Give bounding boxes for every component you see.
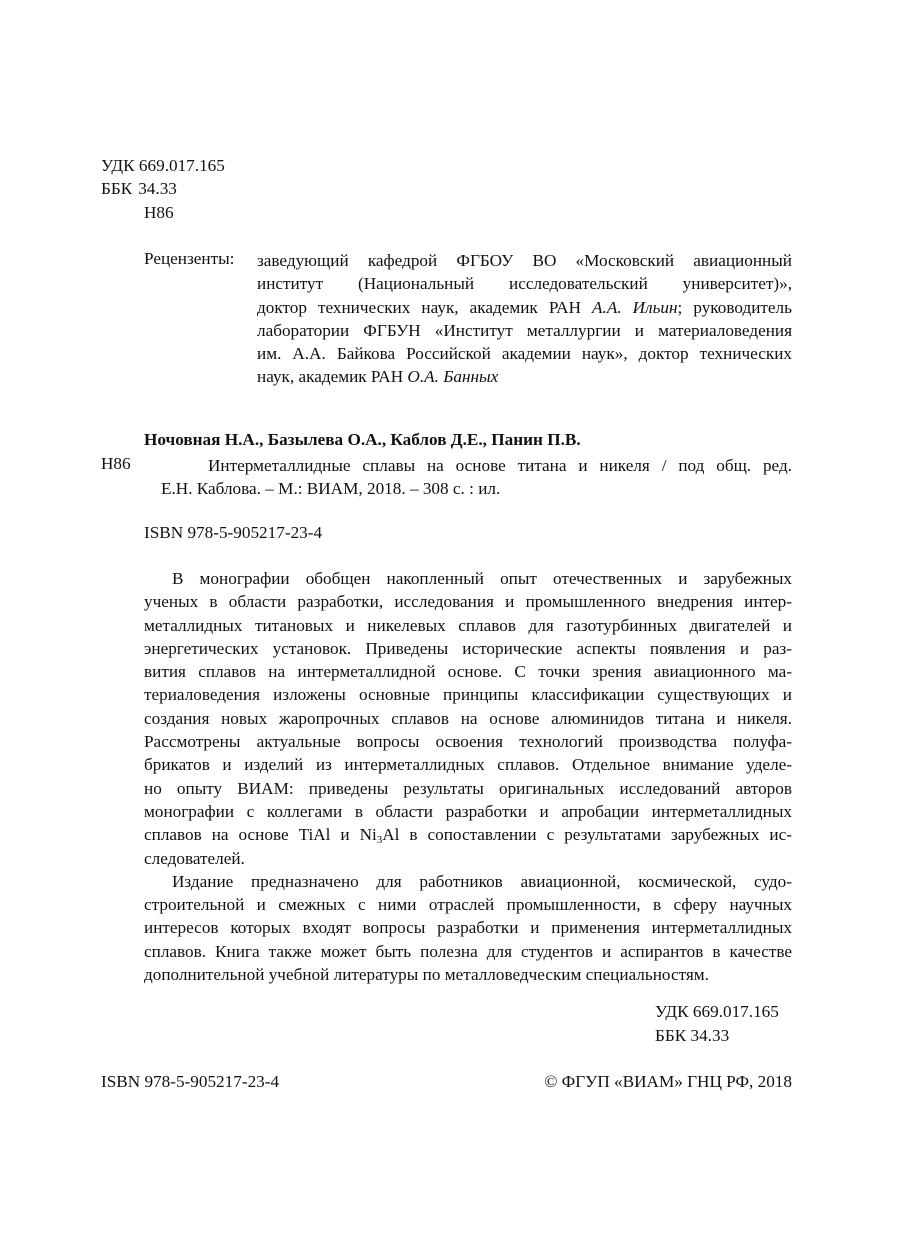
imprint-page: УДК 669.017.165 ББК34.33 Н86 Рецензенты:…	[0, 0, 916, 1241]
abstract-line: вития сплавов на интерметаллидной основе…	[144, 660, 792, 683]
author-mark-top: Н86	[144, 203, 174, 223]
abstract-line: сплавов. Книга также может быть полезна …	[144, 940, 792, 963]
reviewers-line: наук, академик РАН О.А. Банных	[257, 365, 792, 388]
abstract-line: Издание предназначено для работников ави…	[144, 870, 792, 893]
abstract-line: интересов которых входят вопросы разрабо…	[144, 916, 792, 939]
abstract-line: териаловедения изложены основные принцип…	[144, 683, 792, 706]
bbk-label: ББК	[101, 179, 132, 198]
abstract-line: Рассмотрены актуальные вопросы освоения …	[144, 730, 792, 753]
abstract-line: строительной и смежных с ними отраслей п…	[144, 893, 792, 916]
abstract-line: брикатов и изделий из интерметаллидных с…	[144, 753, 792, 776]
abstract-line: энергетических установок. Приведены исто…	[144, 637, 792, 660]
bbk-code-bottom: ББК 34.33	[655, 1026, 729, 1046]
reviewers-label: Рецензенты:	[144, 249, 234, 269]
isbn: ISBN 978-5-905217-23-4	[144, 523, 322, 543]
biblio-title-line: Интерметаллидные сплавы на основе титана…	[161, 454, 792, 477]
reviewer-name: А.А. Ильин	[592, 298, 677, 317]
abstract-line: дополнительной учебной литературы по мет…	[144, 963, 792, 986]
reviewers-text: заведующий кафедрой ФГБОУ ВО «Московский…	[257, 249, 792, 389]
author-mark: Н86	[101, 454, 131, 474]
reviewers-line: им. А.А. Байкова Российской академии нау…	[257, 342, 792, 365]
udk-code-top: УДК 669.017.165	[101, 156, 225, 176]
bbk-value: 34.33	[138, 179, 177, 198]
abstract-formula-line: сплавов на основе TiAl и Ni3Al в сопоста…	[144, 823, 792, 846]
udk-code-bottom: УДК 669.017.165	[655, 1002, 779, 1022]
isbn-bottom: ISBN 978-5-905217-23-4	[101, 1072, 279, 1092]
abstract-line: монографии с коллегами в области разрабо…	[144, 800, 792, 823]
biblio-publisher-line: Е.Н. Каблова. – М.: ВИАМ, 2018. – 308 с.…	[161, 477, 792, 500]
abstract-line: ученых в области разработки, исследовани…	[144, 590, 792, 613]
bibliographic-description: Интерметаллидные сплавы на основе титана…	[161, 454, 792, 501]
reviewers-line: доктор технических наук, академик РАН А.…	[257, 296, 792, 319]
abstract-line: но опыту ВИАМ: приведены результаты ориг…	[144, 777, 792, 800]
reviewers-line: заведующий кафедрой ФГБОУ ВО «Московский…	[257, 249, 792, 272]
reviewer-name: О.А. Банных	[407, 367, 498, 386]
abstract-line: металлидных титановых и никелевых сплаво…	[144, 614, 792, 637]
reviewers-line: лаборатории ФГБУН «Институт металлургии …	[257, 319, 792, 342]
abstract: В монографии обобщен накопленный опыт от…	[144, 567, 792, 986]
bbk-code-top: ББК34.33	[101, 179, 177, 199]
abstract-line: следователей.	[144, 847, 792, 870]
copyright-notice: © ФГУП «ВИАМ» ГНЦ РФ, 2018	[509, 1072, 792, 1092]
reviewers-line: институт (Национальный исследовательский…	[257, 272, 792, 295]
abstract-line: создания новых жаропрочных сплавов на ос…	[144, 707, 792, 730]
abstract-line: В монографии обобщен накопленный опыт от…	[144, 567, 792, 590]
authors-heading: Ночовная Н.А., Базылева О.А., Каблов Д.Е…	[144, 430, 581, 450]
